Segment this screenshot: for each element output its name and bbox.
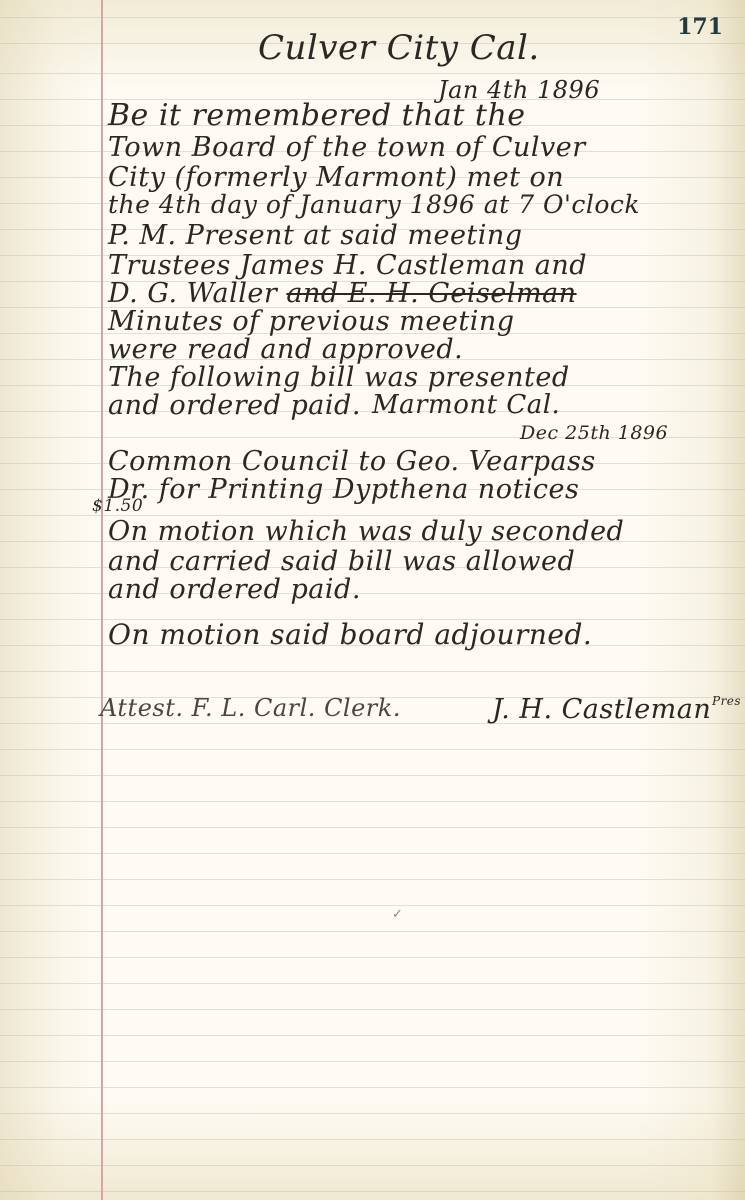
trustee-struck-out: and E. H. Geiselman (286, 278, 576, 309)
attest-signature: Attest. F. L. Carl. Clerk. (100, 694, 401, 722)
body-line: Trustees James H. Castleman and (108, 250, 587, 281)
minutes-line: The following bill was presented (108, 362, 570, 393)
president-title: Pres (712, 694, 741, 708)
body-line: the 4th day of January 1896 at 7 O'clock (108, 190, 640, 219)
minutes-line: were read and approved. (108, 334, 463, 365)
body-line: Town Board of the town of Culver (108, 132, 586, 163)
trustee-line: D. G. Waller and E. H. Geiselman (108, 278, 577, 309)
ledger-page: 171 Culver City Cal. Jan 4th 1896 Be it … (0, 0, 745, 1200)
bill-date: Dec 25th 1896 (520, 422, 668, 444)
body-line: P. M. Present at said meeting (108, 220, 523, 251)
pencil-checkmark-icon: ✓ (392, 907, 403, 922)
body-line: Be it remembered that the (108, 98, 526, 133)
bill-amount: $1.50 (92, 496, 143, 516)
motion-line: and carried said bill was allowed (108, 546, 575, 577)
bill-place: Marmont Cal. (372, 390, 560, 420)
motion-line: On motion which was duly seconded (108, 516, 624, 547)
bill-line: Dr. for Printing Dypthena notices (108, 474, 579, 505)
page-number: 171 (677, 14, 723, 40)
minutes-line: Minutes of previous meeting (108, 306, 515, 337)
heading-place: Culver City Cal. (258, 28, 540, 68)
adjourn-line: On motion said board adjourned. (108, 618, 592, 651)
bill-line: Common Council to Geo. Vearpass (108, 446, 596, 477)
body-line: City (formerly Marmont) met on (108, 162, 564, 193)
president-signature: J. H. Castleman (492, 694, 711, 725)
trustee-kept: D. G. Waller (108, 278, 286, 309)
red-margin-line (101, 0, 103, 1200)
motion-line: and ordered paid. (108, 574, 361, 605)
minutes-line: and ordered paid. (108, 390, 361, 421)
